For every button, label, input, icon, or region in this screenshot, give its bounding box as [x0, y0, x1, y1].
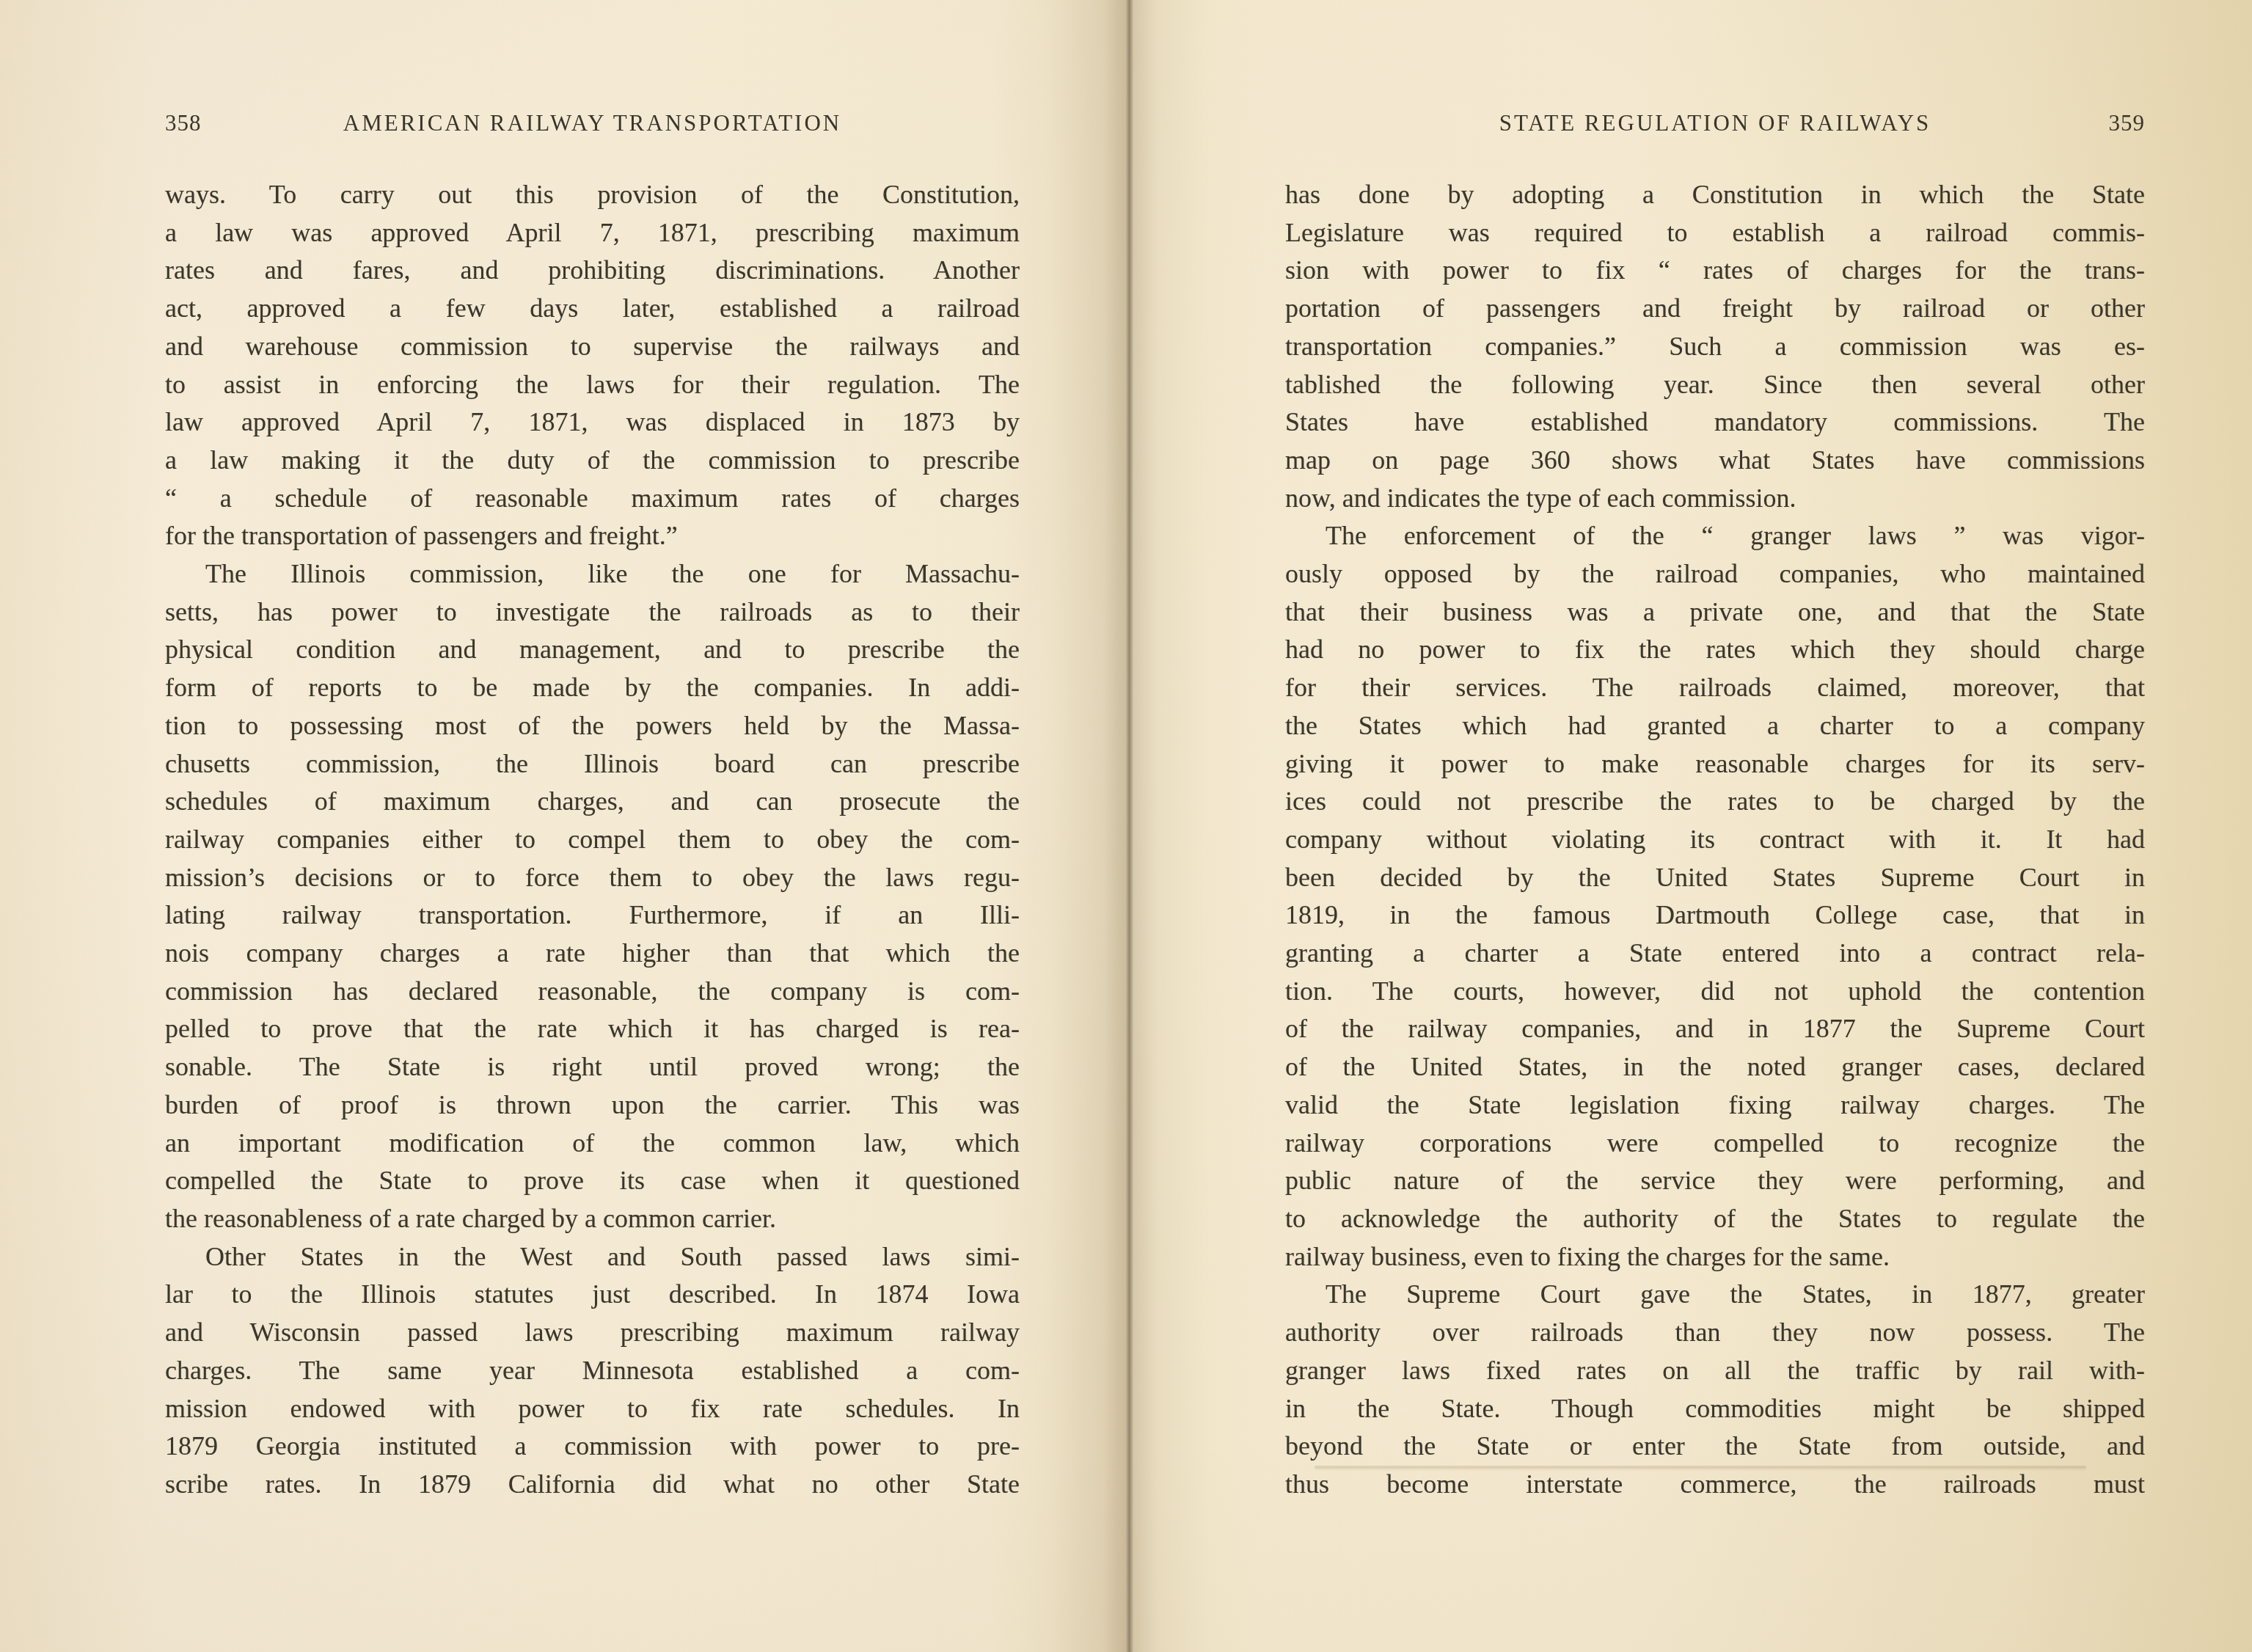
- book-scan: 358 AMERICAN RAILWAY TRANSPORTATION ways…: [0, 0, 2252, 1652]
- text-line: map on page 360 shows what States have c…: [1285, 442, 2145, 480]
- right-page-body: has done by adopting a Constitution in w…: [1285, 176, 2145, 1504]
- text-line: for their services. The railroads claime…: [1285, 669, 2145, 707]
- text-line: The Illinois commission, like the one fo…: [165, 555, 1020, 593]
- text-line: sonable. The State is right until proved…: [165, 1048, 1020, 1086]
- paragraph: The Supreme Court gave the States, in 18…: [1285, 1276, 2145, 1503]
- text-line: been decided by the United States Suprem…: [1285, 859, 2145, 897]
- text-line: authority over railroads than they now p…: [1285, 1314, 2145, 1352]
- text-line: and Wisconsin passed laws prescribing ma…: [165, 1314, 1020, 1352]
- text-line: ways. To carry out this provision of the…: [165, 176, 1020, 214]
- text-line: railway corporations were compelled to r…: [1285, 1125, 2145, 1163]
- text-line: a law making it the duty of the commissi…: [165, 442, 1020, 480]
- text-line: rates and fares, and prohibiting discrim…: [165, 252, 1020, 290]
- right-page-number: 359: [2050, 110, 2145, 136]
- text-line: that their business was a private one, a…: [1285, 593, 2145, 632]
- text-line: valid the State legislation fixing railw…: [1285, 1086, 2145, 1125]
- text-line: now, and indicates the type of each comm…: [1285, 480, 2145, 518]
- text-line: ices could not prescribe the rates to be…: [1285, 783, 2145, 821]
- text-line: of the United States, in the noted grang…: [1285, 1048, 2145, 1086]
- text-line: nois company charges a rate higher than …: [165, 935, 1020, 973]
- text-line: giving it power to make reasonable charg…: [1285, 745, 2145, 783]
- paragraph: The enforcement of the “ granger laws ” …: [1285, 517, 2145, 1276]
- text-line: tion to possessing most of the powers he…: [165, 707, 1020, 745]
- text-line: mission endowed with power to fix rate s…: [165, 1390, 1020, 1428]
- text-line: railway business, even to fixing the cha…: [1285, 1238, 2145, 1276]
- text-line: transportation companies.” Such a commis…: [1285, 328, 2145, 366]
- text-line: 1819, in the famous Dartmouth College ca…: [1285, 896, 2145, 935]
- text-line: lating railway transportation. Furthermo…: [165, 896, 1020, 935]
- text-line: portation of passengers and freight by r…: [1285, 290, 2145, 328]
- paragraph: has done by adopting a Constitution in w…: [1285, 176, 2145, 517]
- text-line: beyond the State or enter the State from…: [1285, 1428, 2145, 1466]
- text-line: scribe rates. In 1879 California did wha…: [165, 1466, 1020, 1504]
- text-line: company without violating its contract w…: [1285, 821, 2145, 859]
- text-line: compelled the State to prove its case wh…: [165, 1162, 1020, 1200]
- text-line: schedules of maximum charges, and can pr…: [165, 783, 1020, 821]
- text-line: tion. The courts, however, did not uphol…: [1285, 973, 2145, 1011]
- text-line: thus become interstate commerce, the rai…: [1285, 1466, 2145, 1504]
- book-gutter-crease: [1049, 0, 1210, 1652]
- text-line: to acknowledge the authority of the Stat…: [1285, 1200, 2145, 1238]
- left-page: 358 AMERICAN RAILWAY TRANSPORTATION ways…: [165, 110, 1020, 1504]
- right-page: STATE REGULATION OF RAILWAYS 359 has don…: [1285, 110, 2145, 1504]
- text-line: and warehouse commission to supervise th…: [165, 328, 1020, 366]
- text-line: 1879 Georgia instituted a commission wit…: [165, 1428, 1020, 1466]
- text-line: had no power to fix the rates which they…: [1285, 631, 2145, 669]
- left-page-number: 358: [165, 110, 260, 136]
- paragraph: ways. To carry out this provision of the…: [165, 176, 1020, 555]
- left-page-body: ways. To carry out this provision of the…: [165, 176, 1020, 1504]
- text-line: for the transportation of passengers and…: [165, 517, 1020, 555]
- text-line: the States which had granted a charter t…: [1285, 707, 2145, 745]
- text-line: the reasonableness of a rate charged by …: [165, 1200, 1020, 1238]
- text-line: a law was approved April 7, 1871, prescr…: [165, 214, 1020, 252]
- text-line: form of reports to be made by the compan…: [165, 669, 1020, 707]
- text-line: mission’s decisions or to force them to …: [165, 859, 1020, 897]
- text-line: burden of proof is thrown upon the carri…: [165, 1086, 1020, 1125]
- text-line: of the railway companies, and in 1877 th…: [1285, 1010, 2145, 1048]
- text-line: law approved April 7, 1871, was displace…: [165, 403, 1020, 442]
- text-line: States have established mandatory commis…: [1285, 403, 2145, 442]
- text-line: has done by adopting a Constitution in w…: [1285, 176, 2145, 214]
- text-line: Legislature was required to establish a …: [1285, 214, 2145, 252]
- text-line: pelled to prove that the rate which it h…: [165, 1010, 1020, 1048]
- right-running-head: STATE REGULATION OF RAILWAYS: [1381, 110, 2050, 136]
- text-line: ously opposed by the railroad companies,…: [1285, 555, 2145, 593]
- text-line: railway companies either to compel them …: [165, 821, 1020, 859]
- text-line: an important modification of the common …: [165, 1125, 1020, 1163]
- left-running-head: AMERICAN RAILWAY TRANSPORTATION: [260, 110, 924, 136]
- text-line: chusetts commission, the Illinois board …: [165, 745, 1020, 783]
- text-line: The Supreme Court gave the States, in 18…: [1285, 1276, 2145, 1314]
- text-line: granting a charter a State entered into …: [1285, 935, 2145, 973]
- paragraph: The Illinois commission, like the one fo…: [165, 555, 1020, 1238]
- text-line: Other States in the West and South passe…: [165, 1238, 1020, 1276]
- text-line: commission has declared reasonable, the …: [165, 973, 1020, 1011]
- right-page-header: STATE REGULATION OF RAILWAYS 359: [1285, 110, 2145, 136]
- text-line: to assist in enforcing the laws for thei…: [165, 366, 1020, 404]
- scan-artifact-line: [1315, 1466, 2086, 1469]
- text-line: granger laws fixed rates on all the traf…: [1285, 1352, 2145, 1390]
- text-line: lar to the Illinois statutes just descri…: [165, 1276, 1020, 1314]
- text-line: act, approved a few days later, establis…: [165, 290, 1020, 328]
- paragraph: Other States in the West and South passe…: [165, 1238, 1020, 1504]
- text-line: public nature of the service they were p…: [1285, 1162, 2145, 1200]
- text-line: charges. The same year Minnesota establi…: [165, 1352, 1020, 1390]
- text-line: tablished the following year. Since then…: [1285, 366, 2145, 404]
- text-line: “ a schedule of reasonable maximum rates…: [165, 480, 1020, 518]
- left-page-header: 358 AMERICAN RAILWAY TRANSPORTATION: [165, 110, 1020, 136]
- text-line: in the State. Though commodities might b…: [1285, 1390, 2145, 1428]
- text-line: setts, has power to investigate the rail…: [165, 593, 1020, 632]
- text-line: sion with power to fix “ rates of charge…: [1285, 252, 2145, 290]
- text-line: physical condition and management, and t…: [165, 631, 1020, 669]
- text-line: The enforcement of the “ granger laws ” …: [1285, 517, 2145, 555]
